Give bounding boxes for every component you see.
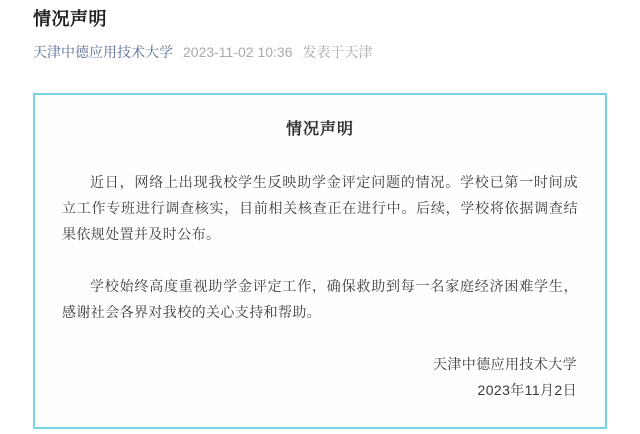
publish-location: 发表于天津	[303, 43, 373, 61]
article-meta: 天津中德应用技术大学 2023-11-02 10:36 发表于天津	[33, 43, 607, 61]
signature-date: 2023年11月2日	[62, 377, 577, 403]
article-page: 情况声明 天津中德应用技术大学 2023-11-02 10:36 发表于天津 情…	[0, 0, 640, 434]
statement-paragraph-1: 近日，网络上出现我校学生反映助学金评定问题的情况。学校已第一时间成立工作专班进行…	[62, 169, 578, 247]
article-title: 情况声明	[33, 8, 607, 30]
statement-paragraph-2: 学校始终高度重视助学金评定工作，确保救助到每一名家庭经济困难学生，感谢社会各界对…	[62, 273, 578, 325]
account-name-link[interactable]: 天津中德应用技术大学	[33, 43, 173, 61]
statement-card: 情况声明 近日，网络上出现我校学生反映助学金评定问题的情况。学校已第一时间成立工…	[33, 93, 607, 429]
statement-title: 情况声明	[62, 119, 578, 141]
signature-block: 天津中德应用技术大学 2023年11月2日	[62, 351, 578, 403]
signature-name: 天津中德应用技术大学	[62, 351, 577, 377]
publish-timestamp: 2023-11-02 10:36	[183, 43, 293, 61]
